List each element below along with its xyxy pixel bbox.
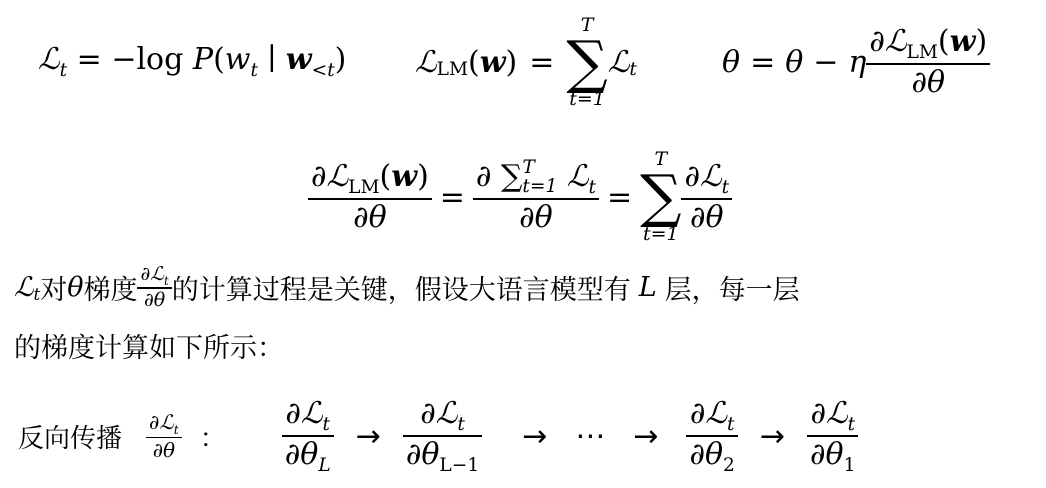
subscript: t <box>722 177 729 198</box>
denominator: ∂θ <box>285 437 319 472</box>
paren: ) <box>335 42 347 77</box>
w: w <box>225 42 251 77</box>
w-bold: w <box>286 42 312 77</box>
subscript: LM <box>348 177 379 198</box>
denominator: ∂θ <box>350 200 390 235</box>
label-fraction: ∂ℒt ∂θ <box>146 410 182 462</box>
text: 层，每一层 <box>665 268 800 307</box>
subscript: t <box>174 422 179 437</box>
paragraph-line-2: 的梯度计算如下所示： <box>14 326 284 365</box>
subscript: t <box>588 177 595 198</box>
subscript: t <box>457 414 464 435</box>
subscript: t <box>250 60 257 81</box>
subscript: 2 <box>723 455 735 476</box>
loss-symbol: ℒ <box>608 45 630 80</box>
inline-gradient-fraction: ∂ℒt ∂θ <box>137 263 171 312</box>
theta: θ <box>722 45 740 80</box>
numerator: ∂ℒ <box>420 396 457 431</box>
sum-lower: t=1 <box>522 178 557 197</box>
denominator: ∂θ <box>406 437 440 472</box>
partial: ∂ <box>476 159 492 194</box>
layer-count: L <box>639 272 657 303</box>
w-bold: w <box>391 159 417 194</box>
theta: θ <box>67 272 83 303</box>
grad-layer-L: ∂ℒt ∂θL <box>282 396 334 476</box>
sigma-icon: ∑ <box>501 159 522 194</box>
grad-layer-2: ∂ℒt ∂θ2 <box>686 396 737 476</box>
loss-symbol: ℒ <box>14 272 33 303</box>
denominator: ∂θ <box>141 289 168 311</box>
arrow-right-icon: → <box>760 419 785 454</box>
summation: T ∑ t=1 <box>640 150 681 243</box>
denominator: ∂θ <box>908 65 948 100</box>
numerator: ∂ℒ <box>140 263 164 285</box>
numerator: ∂ℒ <box>149 410 174 434</box>
summation: T ∑ t=1 <box>566 16 607 109</box>
subscript: 1 <box>844 455 856 476</box>
equals: = <box>750 45 775 80</box>
subscript: L−1 <box>439 455 479 476</box>
arrow-right-icon: → <box>522 419 547 454</box>
sigma-icon: ∑ <box>566 35 607 90</box>
sum-lower: t=1 <box>643 225 679 244</box>
grad-layer-L-minus-1: ∂ℒt ∂θL−1 <box>403 396 482 476</box>
numerator: ∂ℒ <box>690 396 727 431</box>
numerator: ∂ℒ <box>684 159 721 194</box>
subscript: LM <box>437 59 468 80</box>
text: 梯度 <box>83 268 137 307</box>
grad-layer-1: ∂ℒt ∂θ1 <box>807 396 858 476</box>
subscript: LM <box>907 42 938 63</box>
denominator: ∂θ <box>516 200 556 235</box>
equation-update-rule: θ = θ − η ∂ℒLM(w) ∂θ <box>722 20 990 104</box>
subscript: t <box>727 414 734 435</box>
gradient-fraction: ∂ℒLM(w) ∂θ <box>866 24 990 100</box>
subscript: t <box>848 414 855 435</box>
colon: ： <box>200 418 226 455</box>
subscript: t <box>60 60 67 81</box>
equation-token-loss: ℒt = −log P(wt ∣ w<t) <box>38 42 346 81</box>
text: 的计算过程是关键，假设大语言模型有 <box>172 268 631 307</box>
denominator: ∂θ <box>810 437 844 472</box>
eta: η <box>848 45 866 80</box>
text: 对 <box>40 268 67 307</box>
arrow-right-icon: → <box>633 419 658 454</box>
backprop-chain: 反向传播 ∂ℒt ∂θ ： ∂ℒt ∂θL → ∂ℒt ∂θL−1 → ⋯ → … <box>18 386 858 486</box>
minus: − <box>813 45 838 80</box>
loss-symbol: ℒ <box>38 42 60 77</box>
numerator: ∂ℒ <box>311 159 348 194</box>
w-bold: w <box>480 45 506 80</box>
fraction-token-gradient: ∂ℒt ∂θ <box>681 159 732 235</box>
equals: = <box>440 180 465 215</box>
numerator: ∂ℒ <box>869 24 906 59</box>
equation-lm-loss: ℒLM(w) = T ∑ t=1 ℒt <box>415 0 637 125</box>
subscript: t <box>629 59 636 80</box>
numerator: ∂ℒ <box>285 396 322 431</box>
fraction-lm-gradient: ∂ℒLM(w) ∂θ <box>308 159 432 235</box>
equals: = <box>529 45 554 80</box>
sum-lower: t=1 <box>569 90 605 109</box>
backprop-label: 反向传播 <box>18 418 122 455</box>
neg-log: −log <box>111 42 183 77</box>
numerator: ∂ℒ <box>810 396 847 431</box>
subscript: t <box>33 284 40 304</box>
equals: = <box>607 180 632 215</box>
ellipsis: ⋯ <box>575 419 605 454</box>
paragraph-line-1: ℒt 对 θ 梯度 ∂ℒt ∂θ 的计算过程是关键，假设大语言模型有 L 层，每… <box>14 256 800 318</box>
subscript: <t <box>312 60 335 81</box>
loss-symbol: ℒ <box>567 159 589 194</box>
denominator: ∂θ <box>687 200 727 235</box>
fraction-sum-gradient: ∂ ∑Tt=1 ℒt ∂θ <box>473 159 599 235</box>
loss-symbol: ℒ <box>415 45 437 80</box>
arrow-right-icon: → <box>356 419 381 454</box>
subscript: L <box>318 455 330 476</box>
given: ∣ <box>268 42 277 77</box>
denominator: ∂θ <box>150 438 178 462</box>
prob: P <box>193 42 213 77</box>
subscript: t <box>323 414 330 435</box>
subscript: t <box>164 273 169 287</box>
w-bold: w <box>950 24 976 59</box>
denominator: ∂θ <box>689 437 723 472</box>
equation-gradient-sum: ∂ℒLM(w) ∂θ = ∂ ∑Tt=1 ℒt ∂θ = T ∑ t=1 ∂ℒt… <box>308 138 732 256</box>
theta: θ <box>785 45 803 80</box>
paren: ( <box>213 42 225 77</box>
equals: = <box>77 42 102 77</box>
